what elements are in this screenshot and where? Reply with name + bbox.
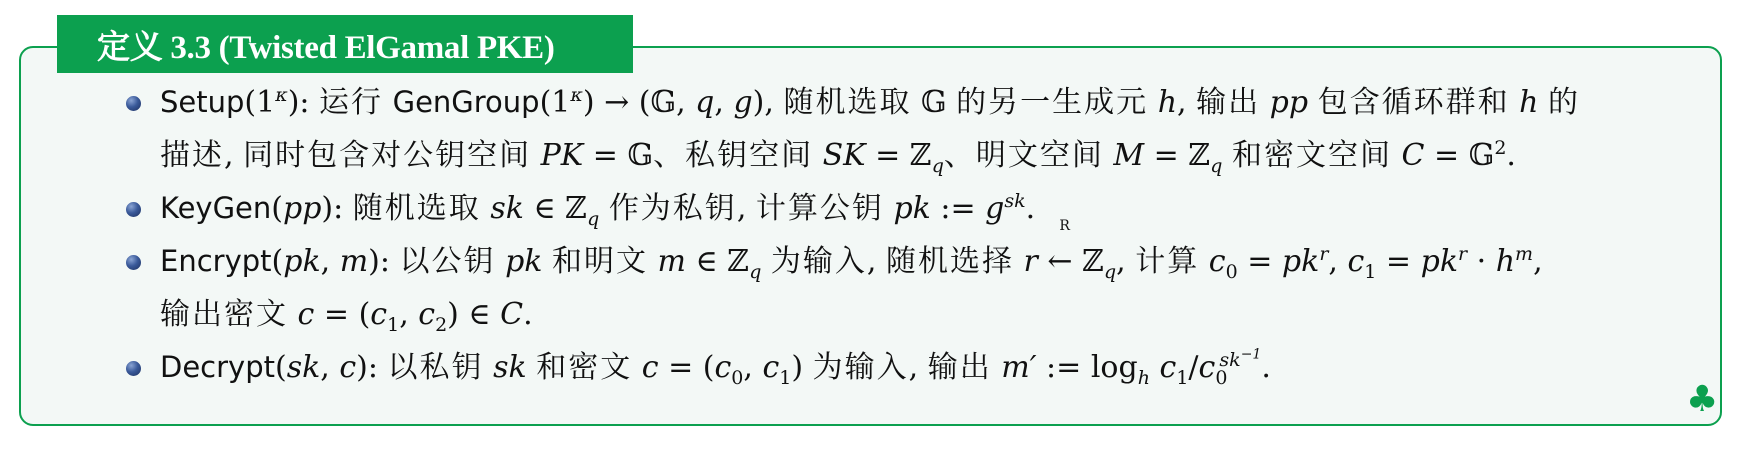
definition-title: 定义 3.3 (Twisted ElGamal PKE) <box>57 15 633 73</box>
bullet-icon <box>126 255 141 270</box>
bullet-icon <box>126 202 141 217</box>
club-icon: ♣ <box>1686 382 1718 418</box>
bullet-icon <box>126 361 141 376</box>
encrypt-line-1: Encrypt(pk, m): 以公钥 pk 和明文 m ∈ ℤq 为输入, 随… <box>160 235 1708 288</box>
item-keygen: KeyGen(pp): 随机选取 sk ∈ ℤq 作为私钥, 计算公钥 pk :… <box>126 182 1708 235</box>
decrypt-line-1: Decrypt(sk, c): 以私钥 sk 和密文 c = (c0, c1) … <box>160 341 1708 394</box>
setup-line-1: Setup(1κ): 运行 GenGroup(1κ) → (𝔾, q, g), … <box>160 76 1708 129</box>
encrypt-line-2: 输出密文 c = (c1, c2) ∈ C. <box>160 288 1708 341</box>
setup-line-2: 描述, 同时包含对公钥空间 PK = 𝔾、私钥空间 SK = ℤq、明文空间 M… <box>160 129 1708 182</box>
definition-items: Setup(1κ): 运行 GenGroup(1κ) → (𝔾, q, g), … <box>126 76 1708 394</box>
bullet-icon <box>126 96 141 111</box>
item-encrypt: Encrypt(pk, m): 以公钥 pk 和明文 m ∈ ℤq 为输入, 随… <box>126 235 1708 341</box>
item-decrypt: Decrypt(sk, c): 以私钥 sk 和密文 c = (c0, c1) … <box>126 341 1708 394</box>
keygen-line-1: KeyGen(pp): 随机选取 sk ∈ ℤq 作为私钥, 计算公钥 pk :… <box>160 182 1708 235</box>
item-setup: Setup(1κ): 运行 GenGroup(1κ) → (𝔾, q, g), … <box>126 76 1708 182</box>
